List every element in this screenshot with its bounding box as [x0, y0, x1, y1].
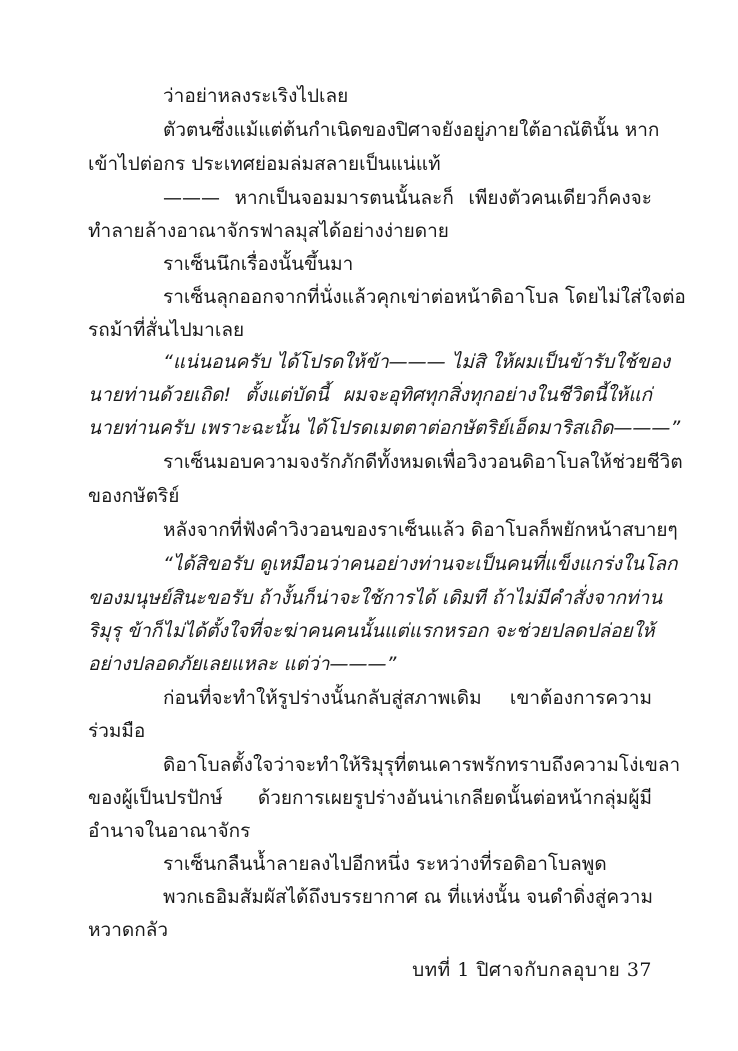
- text-line: หวาดกลัว: [88, 918, 652, 942]
- text-line: ——— หากเป็นจอมมารตนนั้นละก็ เพียงตัวคนเด…: [163, 186, 652, 210]
- text-line: ว่าอย่าหลงระเริงไปเลย: [163, 84, 652, 108]
- text-line: ของผู้เป็นปรปักษ์ ด้วยการเผยรูปร่างอันน่…: [88, 786, 652, 810]
- dialogue-line: นายท่านด้วยเถิด! ตั้งแต่บัดนี้ ผมจะอุทิศ…: [88, 383, 652, 407]
- text-line: ราเซ็นมอบความจงรักภักดีทั้งหมดเพื่อวิงวอ…: [163, 450, 652, 474]
- dialogue-line: อย่างปลอดภัยเลยแหละ แต่ว่า———”: [88, 652, 652, 676]
- text-line: ร่วมมือ: [88, 719, 652, 743]
- text-line: ดิอาโบลตั้งใจว่าจะทำให้ริมุรุที่ตนเคารพร…: [163, 753, 652, 777]
- text-line: ก่อนที่จะทำให้รูปร่างนั้นกลับสู่สภาพเดิม…: [163, 686, 652, 710]
- text-line: หลังจากที่ฟังคำวิงวอนของราเซ็นแล้ว ดิอาโ…: [163, 518, 652, 542]
- text-line: ราเซ็นกลืนน้ำลายลงไปอีกหนึ่ง ระหว่างที่ร…: [163, 852, 652, 876]
- text-line: ราเซ็นลุกออกจากที่นั่งแล้วคุกเข่าต่อหน้า…: [163, 285, 652, 309]
- dialogue-line: “แน่นอนครับ ได้โปรดให้ข้า——— ไม่สิ ให้ผม…: [163, 350, 652, 374]
- text-line: ของกษัตริย์: [88, 484, 652, 508]
- text-line: ทำลายล้างอาณาจักรฟาลมุสได้อย่างง่ายดาย: [88, 219, 652, 243]
- text-line: รถม้าที่สั่นไปมาเลย: [88, 318, 652, 342]
- text-line: เข้าไปต่อกร ประเทศย่อมล่มสลายเป็นแน่แท้: [88, 152, 652, 176]
- text-line: ตัวตนซึ่งแม้แต่ต้นกำเนิดของปิศาจยังอยู่ภ…: [163, 118, 652, 142]
- text-line: พวกเธอิมสัมผัสได้ถึงบรรยากาศ ณ ที่แห่งนั…: [163, 885, 652, 909]
- dialogue-line: “ได้สิขอรับ ดูเหมือนว่าคนอย่างท่านจะเป็น…: [163, 552, 652, 576]
- dialogue-line: ของมนุษย์สินะขอรับ ถ้างั้นก็น่าจะใช้การไ…: [88, 586, 652, 610]
- running-footer: บทที่ 1 ปิศาจกับกลอุบาย 37: [412, 958, 652, 982]
- footer-text: บทที่ 1 ปิศาจกับกลอุบาย 37: [412, 959, 652, 981]
- book-page: ว่าอย่าหลงระเริงไปเลยตัวตนซึ่งแม้แต่ต้นก…: [0, 0, 738, 1051]
- dialogue-line: นายท่านครับ เพราะฉะนั้น ได้โปรดเมตตาต่อก…: [88, 416, 652, 440]
- text-line: ราเซ็นนึกเรื่องนั้นขึ้นมา: [163, 252, 652, 276]
- text-line: อำนาจในอาณาจักร: [88, 819, 652, 843]
- dialogue-line: ริมุรุ ข้าก็ไม่ได้ตั้งใจที่จะฆ่าคนคนนั้น…: [88, 619, 652, 643]
